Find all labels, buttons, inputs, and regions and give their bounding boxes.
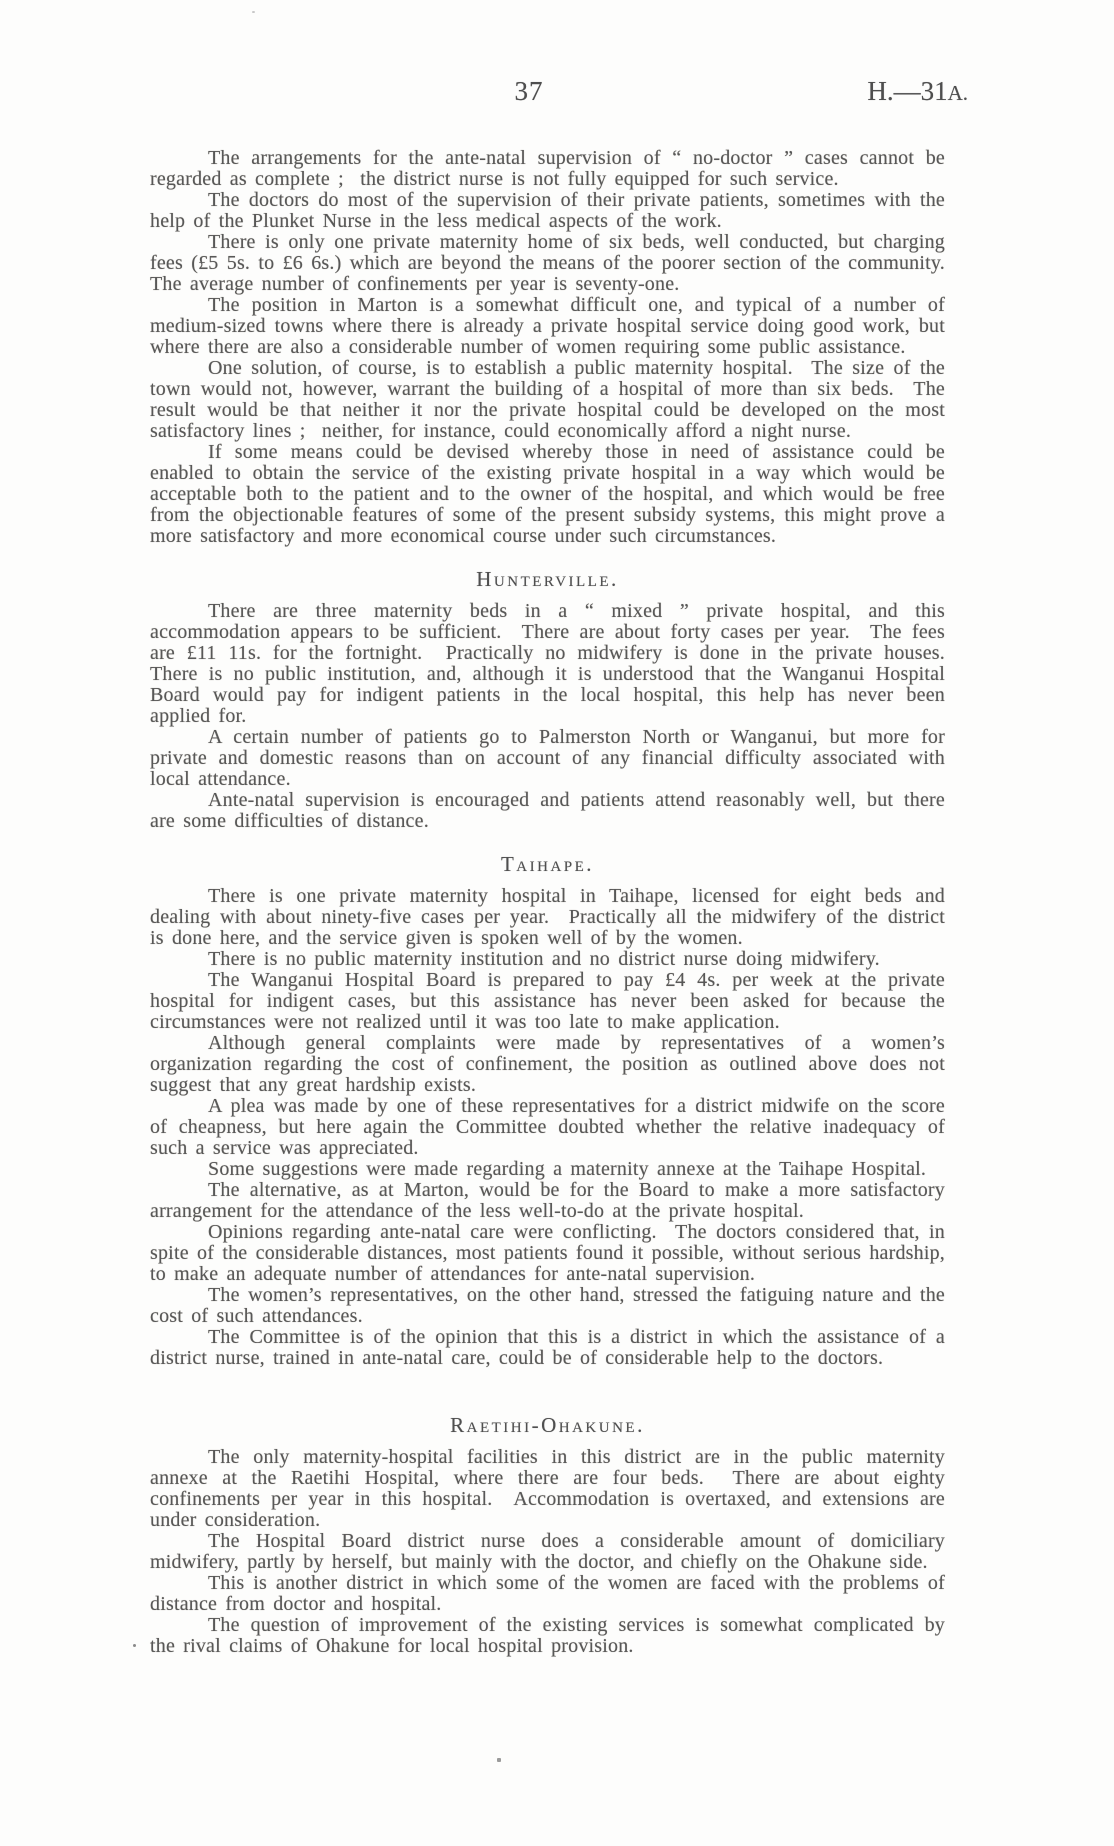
text-column: The arrangements for the ante-natal supe… (150, 148, 945, 1657)
body-paragraph: One solution, of course, is to establish… (150, 358, 945, 442)
report-section: The arrangements for the ante-natal supe… (150, 148, 945, 547)
body-paragraph: A certain number of patients go to Palme… (150, 727, 945, 790)
body-paragraph: There is only one private maternity home… (150, 232, 945, 295)
body-paragraph: There is one private maternity hospital … (150, 886, 945, 949)
body-paragraph: The only maternity-hospital facilities i… (150, 1447, 945, 1531)
report-code-prefix: H.—31 (867, 76, 947, 106)
body-paragraph: Although general complaints were made by… (150, 1033, 945, 1096)
body-paragraph: If some means could be devised whereby t… (150, 442, 945, 547)
body-paragraph: The arrangements for the ante-natal supe… (150, 148, 945, 190)
report-section: Taihape.There is one private maternity h… (150, 852, 945, 1369)
body-paragraph: The doctors do most of the supervision o… (150, 190, 945, 232)
page-number: 37 (150, 76, 908, 107)
section-heading: Taihape. (150, 852, 945, 877)
body-paragraph: The Hospital Board district nurse does a… (150, 1531, 945, 1573)
report-code-suffix: A. (948, 81, 968, 105)
body-paragraph: Ante-natal supervision is encouraged and… (150, 790, 945, 832)
body-paragraph: Some suggestions were made regarding a m… (150, 1159, 945, 1180)
body-paragraph: A plea was made by one of these represen… (150, 1096, 945, 1159)
scan-speck (497, 1758, 501, 1762)
body-paragraph: The question of improvement of the exist… (150, 1615, 945, 1657)
body-paragraph: The Wanganui Hospital Board is prepared … (150, 970, 945, 1033)
page-header: 37 H.—31A. (150, 76, 968, 110)
body-paragraph: This is another district in which some o… (150, 1573, 945, 1615)
document-page: 37 H.—31A. The arrangements for the ante… (0, 0, 1114, 1846)
section-heading: Raetihi-Ohakune. (150, 1413, 945, 1438)
body-paragraph: The alternative, as at Marton, would be … (150, 1180, 945, 1222)
body-paragraph: Opinions regarding ante-natal care were … (150, 1222, 945, 1285)
body-paragraph: There is no public maternity institution… (150, 949, 945, 970)
report-section: Hunterville.There are three maternity be… (150, 567, 945, 832)
body-paragraph: The women’s representatives, on the othe… (150, 1285, 945, 1327)
scan-speck (133, 1644, 136, 1647)
section-heading: Hunterville. (150, 567, 945, 592)
body-paragraph: The Committee is of the opinion that thi… (150, 1327, 945, 1369)
scan-speck (252, 11, 255, 13)
body-paragraph: There are three maternity beds in a “ mi… (150, 601, 945, 727)
report-code: H.—31A. (867, 76, 968, 107)
body-paragraph: The position in Marton is a somewhat dif… (150, 295, 945, 358)
report-section: Raetihi-Ohakune.The only maternity-hospi… (150, 1413, 945, 1657)
